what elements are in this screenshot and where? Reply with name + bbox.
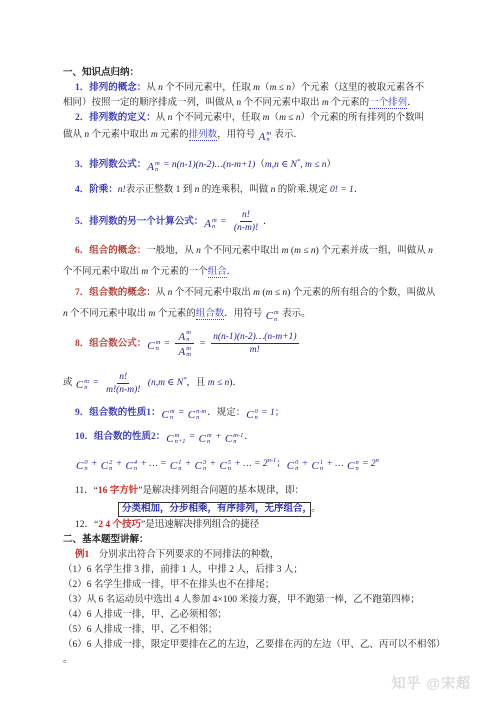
math-base: C [162, 404, 169, 426]
doc-line: 11．“16 字方针”是解决排列组合问题的基本规律，即： [0, 484, 499, 499]
math-subscript: n [320, 466, 323, 473]
text-segment: + [207, 459, 218, 469]
text-segment: 个元素的一个 [148, 267, 207, 277]
math-subscript: n [186, 337, 191, 344]
math-scripts: 2n [109, 460, 112, 473]
text-segment: 分别求出符合下列要求的不同排法的种数， [89, 550, 279, 560]
math-supsub: Cmn [147, 329, 160, 363]
text-segment: ． [354, 185, 364, 195]
math-scripts: 3n [203, 460, 206, 473]
text-segment: 16 字方针 [98, 486, 138, 496]
math-subscript: n [84, 385, 89, 392]
text-segment: 个不同元素中取出 [201, 246, 282, 256]
fraction-numerator: n! [240, 209, 252, 222]
text-segment: （ [255, 160, 265, 170]
math-fraction: n(n-1)(n-2)…(n-m+1)m! [211, 331, 298, 356]
math-supsub: Amn [259, 128, 271, 146]
text-segment: 的阶乘.规定 [275, 185, 330, 195]
doc-line: 一、知识点归纳： [0, 66, 499, 81]
math-fraction: AmnAmm [175, 329, 193, 359]
math-base: C [188, 404, 195, 426]
doc-line: 6．组合的概念：一般地，从 n 个不同元素中取出 m (m ≤ n) 个元素并成… [0, 241, 499, 262]
math-supsub: Cmn [266, 306, 279, 327]
text-segment: 个不同元素中取出 [63, 267, 141, 277]
text-segment: ． [227, 267, 237, 277]
math-scripts: 0n [295, 460, 298, 473]
math-subscript: n [134, 466, 137, 473]
document-content: 一、知识点归纳：1．排列的概念：从 n 个不同元素中，任取 m（m ≤ n）个元… [0, 0, 499, 668]
math-base: C [266, 306, 273, 327]
text-segment: = n(n-1)(n-2)…(n-m+1) [161, 160, 256, 170]
text-segment: 个元素的 [155, 309, 195, 319]
text-segment: （4）6 人排成一排，甲、乙必须相邻； [63, 610, 227, 620]
doc-line: 二、基本题型讲解： [0, 533, 499, 548]
text-segment: （ [260, 83, 270, 93]
math-subscript: n [170, 415, 175, 422]
math-scripts: mn+1 [175, 433, 186, 446]
math-subscript: n [84, 466, 87, 473]
math-supsub: Cn-mn [188, 404, 206, 426]
text-segment: n(n-1)(n-2)…(n-m+1) [213, 332, 296, 342]
math-exponent: n [376, 457, 379, 464]
doc-line: 或 Cmn = n!m!(n-m)! (n,m ∈ N*，且 m ≤ n)． [0, 363, 499, 402]
text-segment: ； [275, 408, 285, 418]
fraction-numerator: n! [117, 371, 129, 384]
text-segment: 个不同元素中，任取 [163, 83, 253, 93]
math-supsub: C0n [246, 404, 258, 426]
math-supsub: Cm-1n [225, 428, 243, 450]
text-segment: 2 4 个技巧 [98, 520, 141, 530]
text-segment: m,n ∈ [265, 160, 291, 170]
math-base: A [147, 158, 154, 176]
text-segment: n! [242, 210, 250, 220]
document-page: 一、知识点归纳：1．排列的概念：从 n 个不同元素中，任取 m（m ≤ n）个元… [0, 0, 499, 706]
doc-line: 2．排列数的定义：从 n 个不同元素中，任取 m（m ≤ n）个元素的所有排列的… [0, 111, 499, 126]
math-base: C [166, 428, 173, 450]
text-segment: m ≤ n [279, 113, 301, 123]
text-segment: 4．阶乘： [75, 185, 118, 195]
math-scripts: mn [212, 218, 217, 231]
math-exponent: n-1 [268, 457, 277, 464]
text-segment: ； [276, 459, 286, 469]
text-segment: 组合 [208, 267, 227, 278]
text-segment: （6）6 人排成一排，限定甲要排在乙的左边，乙要排在丙的左边（甲、乙、丙可以不相… [63, 640, 445, 650]
text-segment: ． [244, 432, 254, 442]
text-segment: ）个元素（这里的被取元素各不 [291, 83, 424, 93]
math-subscript: n [266, 137, 271, 144]
text-segment: + [183, 459, 194, 469]
math-subscript: n+1 [175, 439, 186, 446]
math-power: 2n-1 [263, 459, 276, 469]
text-segment: （1）6 名学生排 3 排，前排 1 人，中排 2 人，后排 3 人； [63, 565, 303, 575]
math-base: A [204, 207, 211, 241]
math-supsub: Amn [178, 330, 190, 343]
math-base: C [219, 455, 226, 477]
math-scripts: mn [274, 310, 279, 323]
text-segment: 10．组合数的性质2： [75, 432, 165, 442]
math-base: A [178, 331, 185, 343]
text-segment: 个不同元素中取出 [241, 98, 322, 108]
text-segment: 从 [156, 113, 168, 123]
doc-line: 分类相加，分步相乘，有序排列，无序组合，。 [0, 500, 499, 518]
text-segment: 一、知识点归纳： [63, 68, 139, 78]
text-segment: ) 个元素的所有组合的个数，叫做从 [287, 288, 435, 298]
text-segment: = [218, 217, 229, 227]
math-supsub: Amn [147, 158, 159, 176]
math-scripts: mn [266, 131, 271, 144]
math-subscript: n [155, 167, 160, 174]
text-segment: 个元素的 [329, 98, 369, 108]
math-scripts: nn [355, 460, 358, 473]
doc-line: （3）从 6 名运动员中选出 4 人参加 4×100 米接力赛，甲不跑第一棒，乙… [0, 593, 499, 608]
fraction-denominator: (n-m)! [232, 222, 260, 234]
math-supsub: C4n [126, 455, 138, 477]
doc-line: 12．“2 4 个技巧”是迅速解决排列组合的捷径 [0, 518, 499, 533]
math-base: C [147, 329, 154, 363]
doc-line: （1）6 名学生排 3 排，前排 1 人，中排 2 人，后排 3 人； [0, 563, 499, 578]
doc-line: 3．排列数公式：Amn = n(n-1)(n-2)…(n-m+1)（m,n ∈ … [0, 153, 499, 176]
math-subscript: n [178, 466, 181, 473]
text-segment: + … = [138, 459, 169, 469]
doc-line: 1．排列的概念：从 n 个不同元素中，任取 m（m ≤ n）个元素（这里的被取元… [0, 81, 499, 96]
doc-line: 做从 n 个元素中取出 m 元素的排列数，用符号 Amn 表示． [0, 126, 499, 146]
text-segment: ) 个元素并成一组，叫做从 [316, 246, 428, 256]
doc-line: 7．组合数的概念：从 n 个不同元素中取出 m (m ≤ n) 个元素的所有组合… [0, 283, 499, 304]
math-base: C [76, 455, 83, 477]
text-segment: ”是解决排列组合问题的基本规律，即： [138, 486, 304, 496]
math-subscript: n [203, 466, 206, 473]
math-base: C [76, 368, 83, 402]
math-scripts: 1n [320, 460, 323, 473]
math-scripts: 0n [84, 460, 87, 473]
math-subscript: n [109, 466, 112, 473]
text-segment: 排列数 [189, 130, 218, 141]
math-base: C [246, 404, 253, 426]
doc-line: （5）6 人排成一排，甲、乙不相邻； [0, 623, 499, 638]
text-segment: n! [119, 372, 127, 382]
doc-line: n 个不同元素中取出 m 个元素的组合数．用符号 Cmn 表示。 [0, 304, 499, 327]
text-segment: m [322, 98, 329, 108]
fraction-denominator: m!(n-m)! [104, 384, 142, 396]
text-segment: （ [270, 113, 280, 123]
text-segment: 3．排列数公式： [75, 160, 146, 170]
doc-line: 相同）按照一定的顺序排成一列，叫做从 n 个不同元素中取出 m 个元素的一个排列… [0, 96, 499, 111]
math-base: C [347, 455, 354, 477]
math-subscript: m [186, 352, 191, 359]
text-segment: n [428, 246, 433, 256]
text-segment: 11．“ [75, 486, 98, 496]
text-segment: 2．排列数的定义： [75, 113, 156, 123]
text-segment: 从 [156, 288, 168, 298]
doc-line: C0n + C2n + C4n + … = C1n + C3n + C5n + … [0, 450, 499, 477]
doc-line: 8．组合数公式：Cmn = AmnAmm = n(n-1)(n-2)…(n-m+… [0, 327, 499, 363]
text-segment: m ≤ n [270, 83, 292, 93]
math-base: C [195, 455, 202, 477]
text-segment: 组合数 [196, 309, 225, 320]
math-supsub: Cmn+1 [166, 428, 185, 450]
doc-line: 例1 分别求出符合下列要求的不同排法的种数， [0, 548, 499, 563]
text-segment: = [360, 459, 371, 469]
math-subscript: n [228, 466, 231, 473]
math-supsub: C2n [101, 455, 113, 477]
text-segment: 0! = 1 [330, 185, 354, 195]
text-segment: 一般地，从 [146, 246, 196, 256]
text-segment: 元素的 [158, 130, 189, 140]
doc-line: 10．组合数的性质2：Cmn+1 = Cmn + Cm-1n． [0, 426, 499, 450]
math-fraction: n!m!(n-m)! [104, 371, 142, 396]
math-supsub: C5n [219, 455, 231, 477]
math-scripts: 5n [228, 460, 231, 473]
math-scripts: 1n [178, 460, 181, 473]
math-subscript: n [207, 439, 212, 446]
math-supsub: Cmn [199, 428, 212, 450]
math-scripts: mn [155, 161, 160, 174]
math-power: N* [291, 160, 301, 170]
math-subscript: n [233, 439, 243, 446]
math-base: C [312, 455, 319, 477]
math-subscript: n [255, 415, 258, 422]
text-segment: ． [407, 98, 417, 108]
math-subscript: n [156, 346, 161, 353]
math-scripts: mn [170, 409, 175, 422]
doc-line: 4．阶乘：n!表示正整数 1 到 n 的连乘积，叫做 n 的阶乘.规定 0! =… [0, 183, 499, 198]
text-segment: m [282, 246, 289, 256]
text-segment: 表示。 [280, 309, 311, 319]
text-segment: 一个排列 [369, 98, 407, 109]
text-segment: 个不同元素中取出 [172, 288, 253, 298]
math-supsub: Cnn [347, 455, 359, 477]
text-segment: 9．组合数的性质1： [75, 408, 161, 418]
text-segment: = [187, 432, 198, 442]
math-supsub: Cmn [76, 368, 89, 402]
text-segment: ） [327, 160, 337, 170]
doc-line: 9．组合数的性质1：Cmn = Cn-mn．规定：C0n = 1； [0, 402, 499, 426]
text-segment: m [263, 113, 270, 123]
text-segment: 的连乘积，叫做 [199, 185, 270, 195]
math-scripts: 4n [134, 460, 137, 473]
text-segment: + [89, 459, 100, 469]
text-segment: （5）6 人排成一排，甲、乙不相邻； [63, 625, 217, 635]
text-segment: ，用符号 [217, 130, 257, 140]
math-supsub: Cmn [162, 404, 175, 426]
text-segment: 。 [63, 655, 73, 665]
math-power: N* [177, 378, 187, 388]
math-supsub: C1n [312, 455, 324, 477]
math-base: C [199, 428, 206, 450]
math-subscript: n [196, 415, 206, 422]
math-supsub: C0n [76, 455, 88, 477]
fraction-numerator: Amn [175, 329, 193, 345]
text-segment: + [113, 459, 124, 469]
math-scripts: n-mn [196, 409, 206, 422]
text-segment: m! [250, 345, 260, 355]
text-segment: 例1 [75, 550, 89, 560]
text-segment: 1．排列的概念： [75, 83, 146, 93]
math-subscript: n [212, 224, 217, 231]
text-segment: m!(n-m)! [106, 385, 140, 395]
text-segment: (n-m)! [234, 223, 258, 233]
math-fraction: n!(n-m)! [232, 209, 260, 234]
text-segment: 个元素中取出 [89, 130, 151, 140]
text-segment: 。 [311, 504, 321, 514]
math-subscript: n [295, 466, 298, 473]
text-segment: 个不同元素中取出 [68, 309, 149, 319]
math-scripts: m-1n [233, 433, 243, 446]
math-supsub: C3n [195, 455, 207, 477]
text-segment: 二、基本题型讲解： [63, 535, 149, 545]
doc-line: （2）6 名学生排成一排，甲不在排头也不在排尾； [0, 578, 499, 593]
text-segment: = [176, 408, 187, 418]
text-segment: ）个元素的所有排列的个数叫 [301, 113, 425, 123]
text-segment: 从 [146, 83, 158, 93]
text-segment: + [299, 459, 310, 469]
text-segment: 个不同元素中，任取 [172, 113, 262, 123]
math-base: A [259, 128, 266, 146]
text-segment: = 1 [259, 408, 275, 418]
text-segment: 做从 [63, 130, 84, 140]
math-supsub: C1n [170, 455, 182, 477]
text-segment: m ≤ n [266, 288, 288, 298]
math-scripts: mn [84, 379, 89, 392]
text-segment: n! [118, 185, 126, 195]
text-segment: , m ≤ n [300, 160, 326, 170]
text-segment: （2）6 名学生排成一排，甲不在排头也不在排尾； [63, 580, 274, 590]
text-segment: m ≤ n [208, 378, 230, 388]
math-supsub: Amn [204, 207, 216, 241]
text-segment: + [213, 432, 224, 442]
math-base: C [101, 455, 108, 477]
boxed-phrase: 分类相加，分步相乘，有序排列，无序组合， [118, 502, 311, 517]
text-segment: 表示正整数 1 到 [126, 185, 195, 195]
math-base: C [170, 455, 177, 477]
math-scripts: mn [186, 330, 191, 343]
doc-line: 。 [0, 653, 499, 668]
fraction-denominator: m! [248, 344, 262, 356]
watermark: 知乎 @宋超 [391, 673, 471, 693]
math-supsub: C0n [287, 455, 299, 477]
text-segment: + … = [232, 459, 263, 469]
math-scripts: mn [207, 433, 212, 446]
math-base: C [126, 455, 133, 477]
text-segment: ． [263, 217, 273, 227]
text-segment: m ≤ n [294, 246, 316, 256]
text-segment: （3）从 6 名运动员中选出 4 人参加 4×100 米接力赛，甲不跑第一棒，乙… [63, 595, 420, 605]
text-segment: = [161, 339, 172, 349]
doc-line: 5．排列数的另一个计算公式：Amn = n!(n-m)!． [0, 205, 499, 241]
math-power: 2n [371, 459, 379, 469]
text-segment: (n,m ∈ [145, 378, 176, 388]
math-supsub: Amm [178, 346, 190, 359]
text-segment: 或 [63, 378, 75, 388]
text-segment: ．用符号 [224, 309, 264, 319]
fraction-denominator: Amm [175, 344, 193, 359]
text-segment: ．规定： [207, 408, 245, 418]
text-segment: + … [324, 459, 346, 469]
text-segment: ”是迅速解决排列组合的捷径 [141, 520, 259, 530]
math-scripts: mm [186, 346, 191, 359]
text-segment: 8．组合数公式： [75, 339, 146, 349]
math-subscript: n [274, 317, 279, 324]
fraction-numerator: n(n-1)(n-2)…(n-m+1) [211, 331, 298, 344]
watermark-text: 知乎 @宋超 [391, 675, 471, 691]
math-scripts: 0n [255, 409, 258, 422]
math-base: C [287, 455, 294, 477]
math-scripts: mn [156, 340, 161, 353]
text-segment: 5．排列数的另一个计算公式： [75, 217, 203, 227]
text-segment: ，且 [186, 378, 207, 388]
doc-line: 个不同元素中取出 m 个元素的一个组合． [0, 262, 499, 283]
text-segment: 相同）按照一定的顺序排成一列，叫做从 [63, 98, 236, 108]
text-segment: )． [229, 378, 242, 388]
text-segment: 12．“ [75, 520, 98, 530]
text-segment: 表示． [272, 130, 303, 140]
text-segment: 7．组合数的概念： [75, 288, 156, 298]
doc-line: （4）6 人排成一排，甲、乙必须相邻； [0, 608, 499, 623]
text-segment: m [151, 130, 158, 140]
math-subscript: n [355, 466, 358, 473]
math-base: A [178, 346, 185, 358]
text-segment: = [197, 339, 208, 349]
text-segment: 6．组合的概念： [75, 246, 146, 256]
text-segment: 分类相加，分步相乘，有序排列，无序组合， [122, 504, 307, 514]
doc-line: （6）6 人排成一排，限定甲要排在乙的左边，乙要排在丙的左边（甲、乙、丙可以不相… [0, 638, 499, 653]
math-base: C [225, 428, 232, 450]
text-segment: = [90, 378, 101, 388]
